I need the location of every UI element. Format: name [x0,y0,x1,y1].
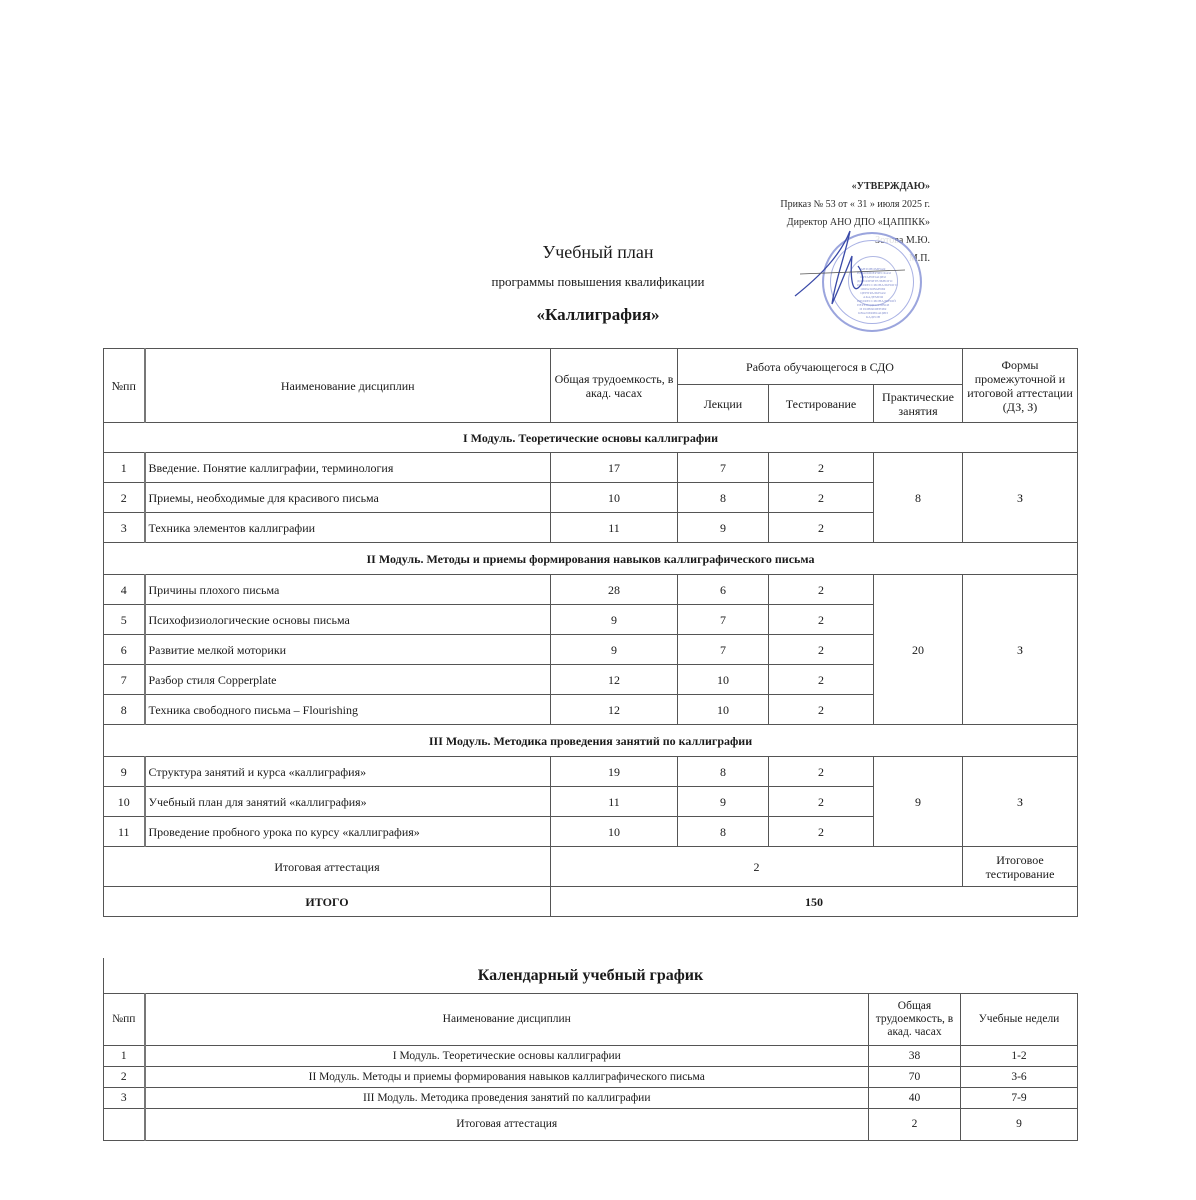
program-name: «Каллиграфия» [0,305,1196,325]
table-row: 3 III Модуль. Методика проведения заняти… [104,1088,1078,1109]
row-name: Учебный план для занятий «каллиграфия» [145,787,551,817]
module-practice: 20 [874,575,963,725]
row-name: Приемы, необходимые для красивого письма [145,483,551,513]
row-num: 2 [104,483,145,513]
row-total: 28 [551,575,678,605]
table-row: 9 Структура занятий и курса «каллиграфия… [104,757,1078,787]
header-lectures: Лекции [678,385,769,423]
row-lectures: 7 [678,453,769,483]
row-name: Введение. Понятие каллиграфии, терминоло… [145,453,551,483]
module-title: III Модуль. Методика проведения занятий … [104,725,1078,757]
row-testing: 2 [769,635,874,665]
row-total: 19 [551,757,678,787]
row-total: 17 [551,453,678,483]
row-lectures: 10 [678,665,769,695]
cal-header-total: Общая трудоемкость, в акад. часах [869,994,961,1046]
cal-header-weeks: Учебные недели [961,994,1078,1046]
module-practice: 8 [874,453,963,543]
header-forms: Формы промежуточной и итоговой аттестаци… [963,349,1078,423]
row-lectures: 8 [678,483,769,513]
row-lectures: 7 [678,605,769,635]
row-testing: 2 [769,575,874,605]
module-form: З [963,757,1078,847]
cal-row-weeks: 3-6 [961,1067,1078,1088]
cal-row-num: 3 [104,1088,145,1109]
row-num: 1 [104,453,145,483]
row-testing: 2 [769,787,874,817]
module-form: З [963,453,1078,543]
row-name: Проведение пробного урока по курсу «калл… [145,817,551,847]
cal-row-total: 2 [869,1109,961,1141]
cal-row-num [104,1109,145,1141]
row-testing: 2 [769,483,874,513]
approval-heading: «УТВЕРЖДАЮ» [760,178,930,196]
row-testing: 2 [769,695,874,725]
table-row: 2 II Модуль. Методы и приемы формировани… [104,1067,1078,1088]
row-num: 11 [104,817,145,847]
row-total: 12 [551,695,678,725]
row-num: 9 [104,757,145,787]
cal-row-num: 2 [104,1067,145,1088]
cal-header-num: №пп [104,994,145,1046]
row-name: Причины плохого письма [145,575,551,605]
row-name: Развитие мелкой моторики [145,635,551,665]
final-attestation-hours: 2 [551,847,963,887]
cal-header-name: Наименование дисциплин [145,994,869,1046]
row-testing: 2 [769,605,874,635]
row-total: 10 [551,817,678,847]
cal-row-total: 70 [869,1067,961,1088]
cal-row-total: 38 [869,1046,961,1067]
row-lectures: 10 [678,695,769,725]
calendar-table: №пп Наименование дисциплин Общая трудоем… [103,993,1078,1141]
row-num: 5 [104,605,145,635]
cal-row-weeks: 9 [961,1109,1078,1141]
row-total: 11 [551,787,678,817]
row-testing: 2 [769,665,874,695]
row-num: 6 [104,635,145,665]
row-name: Структура занятий и курса «каллиграфия» [145,757,551,787]
cal-row-weeks: 1-2 [961,1046,1078,1067]
row-name: Психофизиологические основы письма [145,605,551,635]
header-name: Наименование дисциплин [145,349,551,423]
cal-row-weeks: 7-9 [961,1088,1078,1109]
module-form: З [963,575,1078,725]
row-testing: 2 [769,453,874,483]
table-row: 1 I Модуль. Теоретические основы каллигр… [104,1046,1078,1067]
header-num: №пп [104,349,145,423]
module-practice: 9 [874,757,963,847]
cal-row-name: Итоговая аттестация [145,1109,869,1141]
row-testing: 2 [769,757,874,787]
final-attestation-label: Итоговая аттестация [104,847,551,887]
row-total: 12 [551,665,678,695]
cal-row-name: II Модуль. Методы и приемы формирования … [145,1067,869,1088]
row-lectures: 7 [678,635,769,665]
header-total: Общая трудоемкость, в акад. часах [551,349,678,423]
cal-row-name: III Модуль. Методика проведения занятий … [145,1088,869,1109]
header-testing: Тестирование [769,385,874,423]
table-row: 1 Введение. Понятие каллиграфии, термино… [104,453,1078,483]
approval-order: Приказ № 53 от « 31 » июля 2025 г. [760,196,930,214]
row-name: Разбор стиля Copperplate [145,665,551,695]
cal-row-total: 40 [869,1088,961,1109]
table-row: 4 Причины плохого письма 28 6 2 20 З [104,575,1078,605]
cal-row-name: I Модуль. Теоретические основы каллиграф… [145,1046,869,1067]
row-total: 9 [551,635,678,665]
row-testing: 2 [769,513,874,543]
row-num: 8 [104,695,145,725]
row-lectures: 6 [678,575,769,605]
table-row: Итоговая аттестация 2 9 [104,1109,1078,1141]
row-name: Техника свободного письма – Flourishing [145,695,551,725]
document-subtitle: программы повышения квалификации [0,274,1196,290]
final-attestation-row: Итоговая аттестация 2 Итоговое тестирова… [104,847,1078,887]
row-testing: 2 [769,817,874,847]
total-row: ИТОГО 150 [104,887,1078,917]
module-title: I Модуль. Теоретические основы каллиграф… [104,423,1078,453]
row-name: Техника элементов каллиграфии [145,513,551,543]
row-lectures: 9 [678,787,769,817]
total-label: ИТОГО [104,887,551,917]
row-total: 9 [551,605,678,635]
row-lectures: 8 [678,817,769,847]
row-total: 10 [551,483,678,513]
row-lectures: 8 [678,757,769,787]
row-num: 4 [104,575,145,605]
row-num: 3 [104,513,145,543]
study-plan-table: №пп Наименование дисциплин Общая трудоем… [103,348,1078,917]
row-total: 11 [551,513,678,543]
row-lectures: 9 [678,513,769,543]
header-sdo-group: Работа обучающегося в СДО [678,349,963,385]
row-num: 7 [104,665,145,695]
module-title: II Модуль. Методы и приемы формирования … [104,543,1078,575]
cal-row-num: 1 [104,1046,145,1067]
row-num: 10 [104,787,145,817]
total-hours: 150 [551,887,1078,917]
header-practice: Практические занятия [874,385,963,423]
calendar-title: Календарный учебный график [103,958,1077,993]
final-attestation-form: Итоговое тестирование [963,847,1078,887]
signature-icon [790,226,910,316]
document-title: Учебный план [0,242,1196,263]
